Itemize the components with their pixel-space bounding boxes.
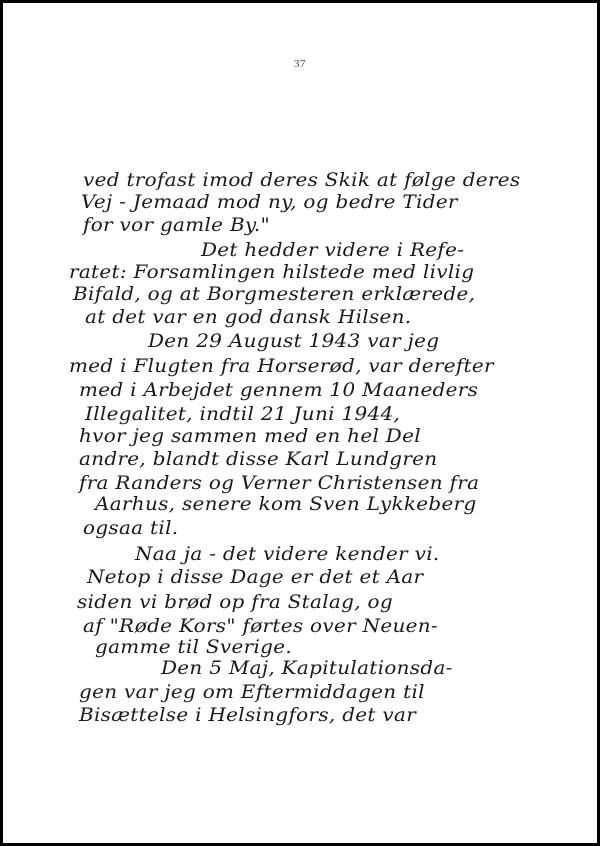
document-page: 37 ved trofast imod deres Skik at følge …	[3, 3, 597, 843]
text-line: af "Røde Kors" førtes over Neuen-	[83, 615, 438, 637]
text-line: siden vi brød op fra Stalag, og	[77, 591, 393, 613]
text-line: for vor gamle By."	[83, 214, 270, 236]
text-line: ogsaa til.	[83, 517, 178, 539]
page-number: 37	[3, 58, 597, 70]
text-line: Naa ja - det videre kender vi.	[135, 543, 440, 565]
text-line: Aarhus, senere kom Sven Lykkeberg	[95, 493, 477, 515]
text-line: Det hedder videre i Refe-	[201, 239, 464, 261]
text-line: Bifald, og at Borgmesteren erklærede,	[73, 283, 475, 305]
text-line: med i Arbejdet gennem 10 Maaneders	[79, 379, 478, 401]
text-line: Netop i disse Dage er det et Aar	[87, 566, 423, 588]
text-line: Den 5 Maj, Kapitulationsda-	[161, 657, 453, 679]
text-line: Vej - Jemaad mod ny, og bedre Tider	[81, 191, 458, 213]
text-line: med i Flugten fra Horserød, var derefter	[69, 355, 494, 377]
text-line: at det var en god dansk Hilsen.	[85, 306, 411, 328]
text-line: ved trofast imod deres Skik at følge der…	[83, 169, 520, 191]
text-line: fra Randers og Verner Christensen fra	[79, 472, 479, 494]
text-line: Illegalitet, indtil 21 Juni 1944,	[85, 403, 400, 425]
text-line: hvor jeg sammen med en hel Del	[79, 425, 421, 447]
text-line: ratet: Forsamlingen hilstede med livlig	[69, 261, 474, 283]
text-line: Bisættelse i Helsingfors, det var	[79, 704, 416, 726]
text-line: andre, blandt disse Karl Lundgren	[79, 448, 437, 470]
text-line: Den 29 August 1943 var jeg	[148, 330, 439, 352]
text-line: gen var jeg om Eftermiddagen til	[79, 681, 425, 703]
text-line: gamme til Sverige.	[95, 636, 292, 658]
